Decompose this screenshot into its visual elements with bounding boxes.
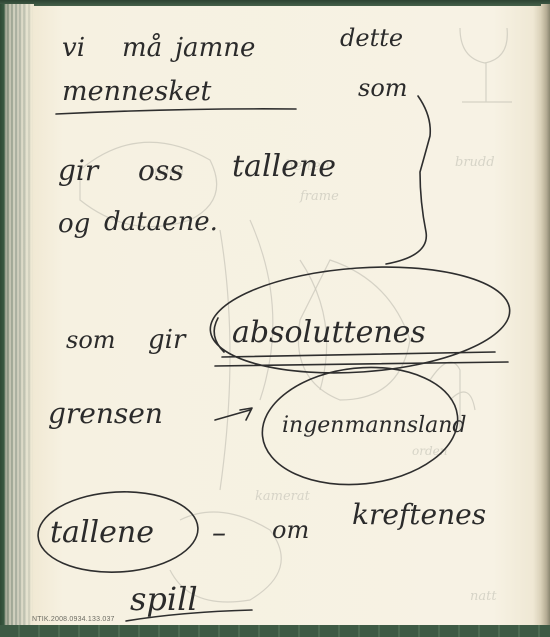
svg-text:oss: oss (138, 154, 184, 187)
svg-text:og: og (58, 209, 90, 239)
handwriting-layer: brudd helten frame ingen kamerat orden n… (0, 0, 550, 637)
handwritten-line-1: vi må jamne dette (62, 24, 403, 63)
svg-text:tallene: tallene (232, 149, 336, 184)
svg-text:absoluttenes: absoluttenes (232, 315, 426, 350)
underline (56, 109, 296, 114)
svg-text:natt: natt (470, 589, 497, 604)
svg-text:–: – (212, 516, 226, 549)
svg-text:brudd: brudd (455, 155, 495, 170)
arrow-icon (215, 408, 252, 420)
handwritten-line-3: gir oss tallene (58, 149, 336, 187)
svg-text:tallene: tallene (50, 515, 154, 550)
svg-text:dataene.: dataene. (104, 207, 218, 237)
svg-text:som: som (358, 74, 408, 102)
svg-text:kamerat: kamerat (255, 489, 311, 504)
svg-text:må: må (122, 32, 162, 63)
curly-brace (386, 96, 430, 264)
svg-text:ingenmannsland: ingenmannsland (282, 413, 467, 438)
svg-text:spill: spill (130, 580, 198, 618)
handwritten-line-2: mennesket som (56, 74, 408, 114)
svg-text:kreftenes: kreftenes (352, 498, 486, 531)
handwritten-line-4: og dataene. (58, 207, 218, 239)
svg-text:jamne: jamne (170, 33, 255, 63)
handwritten-line-5: som gir absoluttenes (66, 258, 513, 383)
handwritten-line-8: spill (126, 580, 252, 621)
svg-text:grensen: grensen (48, 397, 163, 430)
svg-text:dette: dette (340, 24, 403, 52)
svg-text:gir: gir (148, 325, 187, 355)
svg-text:som: som (66, 326, 116, 354)
paren-stroke (214, 318, 224, 352)
svg-text:mennesket: mennesket (62, 76, 212, 107)
archive-id-label: NTIK.2008.0934.133.037 (32, 616, 115, 623)
svg-text:frame: frame (299, 189, 339, 204)
handwritten-line-6: grensen ingenmannsland (48, 358, 467, 494)
svg-text:gir: gir (58, 154, 100, 187)
svg-text:vi: vi (62, 33, 85, 63)
svg-text:om: om (272, 516, 309, 544)
